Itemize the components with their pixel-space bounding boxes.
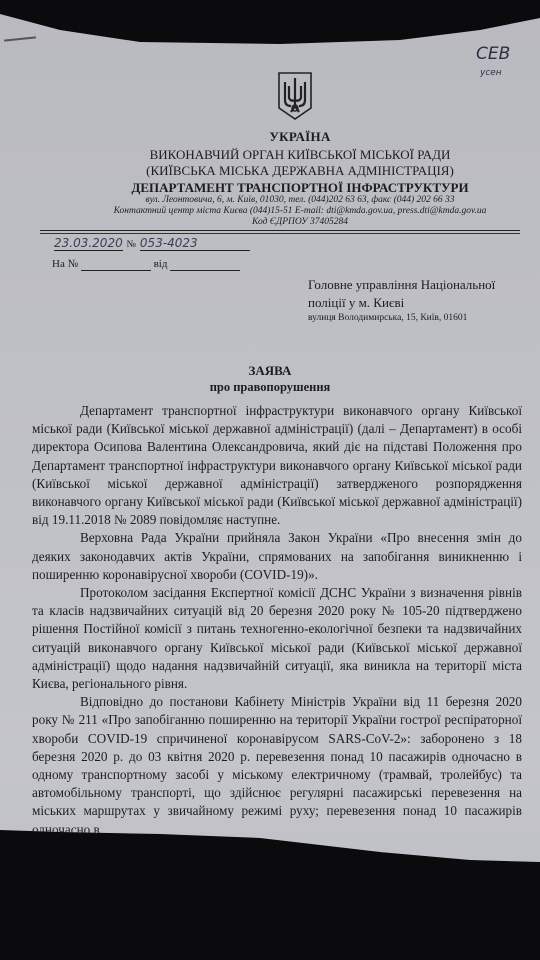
incoming-reference: На № від [52,258,240,271]
vid-label: від [154,258,168,270]
pen-mark [4,36,36,41]
document-subtitle: про правопорушення [0,380,540,395]
paragraph: Верховна Рада України прийняла Закон Укр… [32,529,522,584]
document-title: ЗАЯВА [0,363,540,379]
letterhead-country: УКРАЇНА [100,129,500,145]
handwritten-number: 053-4023 [140,236,250,251]
paragraph: Відповідно до постанови Кабінету Міністр… [32,693,522,839]
recipient-name-cont: поліції у м. Києві [308,295,404,311]
paragraph: Департамент транспортної інфраструктури … [32,402,522,529]
handwritten-note: усен [480,68,502,78]
paragraph: Протоколом засідання Експертної комісії … [32,584,522,693]
outgoing-reference: 23.03.2020 № 053-4023 [54,236,250,251]
na-no-label: На № [52,258,78,270]
letterhead-address: вул. Леонтовича, 6, м. Київ, 01030, тел.… [100,195,500,205]
letterhead-org: ВИКОНАВЧИЙ ОРГАН КИЇВСЬКОЇ МІСЬКОЇ РАДИ [100,147,500,163]
document-body: Департамент транспортної інфраструктури … [32,402,522,839]
recipient-address: вулиця Володимирська, 15, Київ, 01601 [308,313,467,323]
divider [40,230,520,231]
letterhead-org-sub: (КИЇВСЬКА МІСЬКА ДЕРЖАВНА АДМІНІСТРАЦІЯ) [100,163,500,179]
divider-thin [40,233,520,234]
document-page: CEB усен УКРАЇНА ВИКОНАВЧИЙ ОРГАН КИЇВСЬ… [0,0,540,960]
letterhead-department: ДЕПАРТАМЕНТ ТРАНСПОРТНОЇ ІНФРАСТРУКТУРИ [100,180,500,196]
coat-of-arms-icon [276,70,314,122]
recipient-name: Головне управління Національної [308,277,495,293]
handwritten-date: 23.03.2020 [54,236,123,251]
number-label: № [127,239,137,250]
letterhead-contact: Контактний центр міста Києва (044)15-51 … [100,206,500,216]
letterhead-code: Код ЄДРПОУ 37405284 [100,217,500,227]
handwritten-initials: CEB [476,44,510,64]
